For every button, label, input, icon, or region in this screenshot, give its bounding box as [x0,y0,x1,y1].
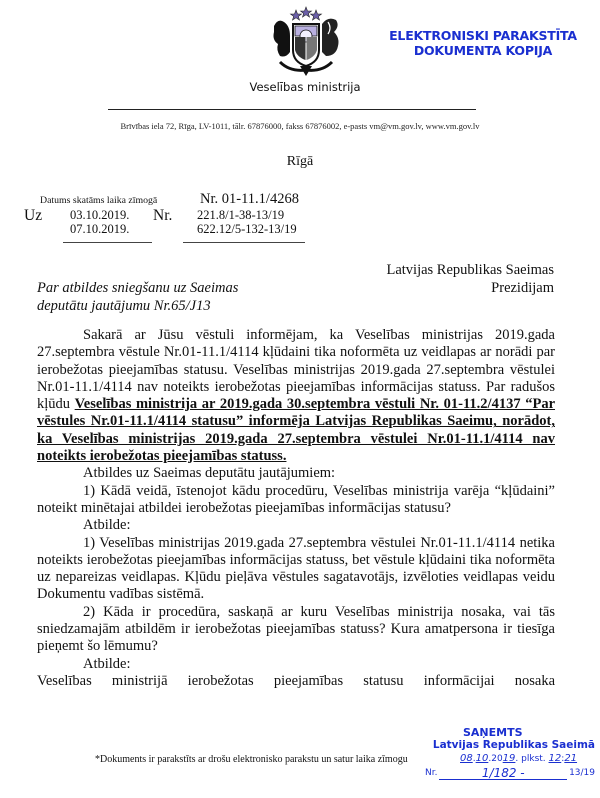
answer-label-1: Atbilde: [37,517,555,534]
header-divider [108,109,476,110]
signature-footnote: *Dokuments ir parakstīts ar drošu elektr… [95,754,408,765]
paragraph-1: Sakarā ar Jūsu vēstuli informējam, ka Ve… [37,327,555,465]
date-underline [63,242,152,243]
latvia-coat-of-arms-icon [270,6,342,78]
answer-1: 1) Veselības ministrijas 2019.gada 27.se… [37,535,555,604]
paragraph-questions-intro: Atbildes uz Saeimas deputātu jautājumiem… [37,465,555,482]
stamp-time-label: plkst. [521,754,546,764]
stamp-nr-handwritten: 1/182 - [439,767,567,780]
stamp-year-suffix: 19 [503,753,516,764]
stamp-nr-suffix: 13/19 [569,766,595,780]
recipient-line-2: Prezidijam [300,279,554,297]
stamp-number: Nr. 1/182 - 13/19 [425,766,595,780]
document-number: Nr. 01-11.1/4268 [200,191,299,208]
recipient: Latvijas Republikas Saeimas Prezidijam [300,261,554,297]
answer-2-partial: Veselības ministrijā ierobežotas pieejam… [37,673,555,690]
place: Rīgā [240,154,360,170]
uz-label: Uz [24,207,42,225]
letter-subject: Par atbildes sniegšanu uz Saeimas deputā… [37,279,238,315]
answer-label-2: Atbilde: [37,656,555,673]
subject-line-1: Par atbildes sniegšanu uz Saeimas [37,279,238,297]
question-2: 2) Kāda ir procedūra, saskaņā ar kuru Ve… [37,604,555,656]
stamp-day: 08 [460,753,473,764]
stamp-title: SAŅEMTS [425,728,595,738]
stamp-month: 10 [476,753,489,764]
subject-line-2: deputātu jautājumu Nr.65/J13 [37,297,238,315]
question-1: 1) Kādā veidā, īstenojot kādu procedūru,… [37,483,555,518]
stamp-nr-label: Nr. [425,766,437,780]
number-underline [183,242,305,243]
e-sign-line-2: DOKUMENTA KOPIJA [388,43,578,58]
reference-number-2: 622.12/5-132-13/19 [197,222,297,237]
ministry-name: Veselības ministrija [230,80,380,94]
stamp-year-prefix: 20 [491,754,502,764]
reference-date-2: 07.10.2019. [70,222,129,237]
ministry-address: Brīvības iela 72, Rīga, LV-1011, tālr. 6… [60,121,540,131]
reference-number-1: 221.8/1-38-13/19 [197,208,284,223]
paragraph-1-emphasis: Veselības ministrija ar 2019.gada 30.sep… [37,396,555,464]
electronic-signature-label: ELEKTRONISKI PARAKSTĪTA DOKUMENTA KOPIJA [388,28,578,58]
date-caption: Datums skatāms laika zīmogā [40,195,157,206]
nr-label: Nr. [153,207,172,225]
reference-date-1: 03.10.2019. [70,208,129,223]
recipient-line-1: Latvijas Republikas Saeimas [300,261,554,279]
e-sign-line-1: ELEKTRONISKI PARAKSTĪTA [388,28,578,43]
stamp-organization: Latvijas Republikas Saeimā [425,738,595,752]
stamp-hour: 12 [549,753,562,764]
stamp-minute: 21 [564,753,577,764]
received-stamp: SAŅEMTS Latvijas Republikas Saeimā 08.10… [425,728,595,780]
stamp-date: 08.10.2019. plkst. 12:21 [425,752,595,766]
letter-body: Sakarā ar Jūsu vēstuli informējam, ka Ve… [37,327,555,690]
